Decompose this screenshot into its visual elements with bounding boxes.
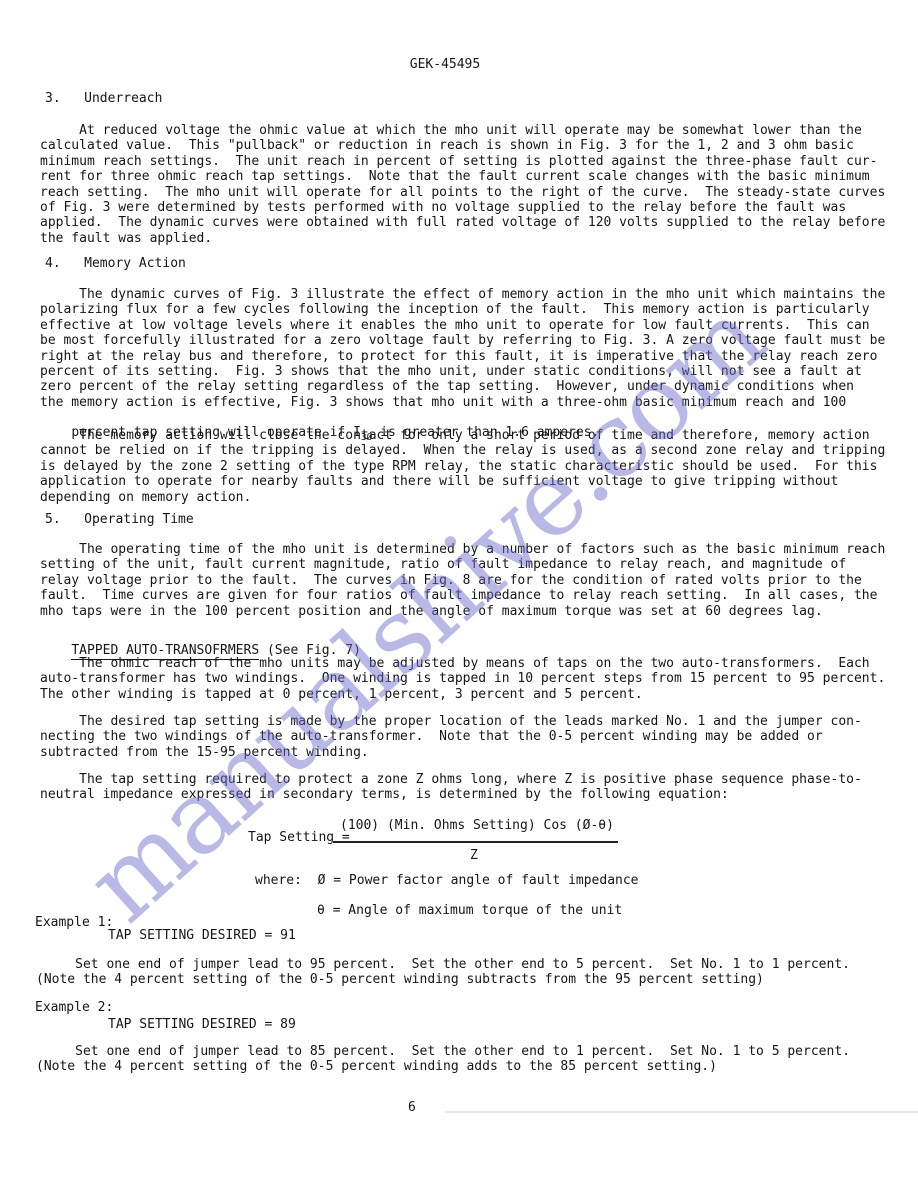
equation-denominator: Z [470,848,478,863]
page-number: 6 [408,1100,416,1115]
section-5-paragraph: The operating time of the mho unit is de… [40,542,885,619]
document-page: GEK-45495 3. Underreach At reduced volta… [0,0,918,1188]
tapped-paragraph-1: The ohmic reach of the mho units may be … [40,656,885,702]
example-1-tap-setting: TAP SETTING DESIRED = 91 [108,928,296,943]
section-5-heading: 5. Operating Time [45,512,194,527]
example-1-label: Example 1: [35,915,113,930]
section-4-heading: 4. Memory Action [45,256,186,271]
document-code-header: GEK-45495 [0,57,890,72]
example-2-label: Example 2: [35,1000,113,1015]
tapped-paragraph-3: The tap setting required to protect a zo… [40,772,862,803]
section-3-heading: 3. Underreach [45,91,162,106]
section-3-paragraph: At reduced voltage the ohmic value at wh… [40,123,885,246]
tapped-paragraph-2: The desired tap setting is made by the p… [40,714,862,760]
equation-where-phi-line: where: Ø = Power factor angle of fault i… [255,873,639,888]
example-1-body: Set one end of jumper lead to 95 percent… [36,957,850,988]
example-2-body: Set one end of jumper lead to 85 percent… [36,1044,850,1075]
example-2-tap-setting: TAP SETTING DESIRED = 89 [108,1017,296,1032]
section-4-paragraph-1: The dynamic curves of Fig. 3 illustrate … [40,287,885,410]
section-4-paragraph-2: The memory action will close the contact… [40,428,885,505]
equation-numerator: (100) (Min. Ohms Setting) Cos (Ø-θ) [340,818,614,833]
scan-artifact-line [445,1111,918,1113]
equation-lhs: Tap Setting = [248,830,350,845]
fraction-bar [333,841,618,843]
equation-where-theta-line: θ = Angle of maximum torque of the unit [317,903,622,918]
